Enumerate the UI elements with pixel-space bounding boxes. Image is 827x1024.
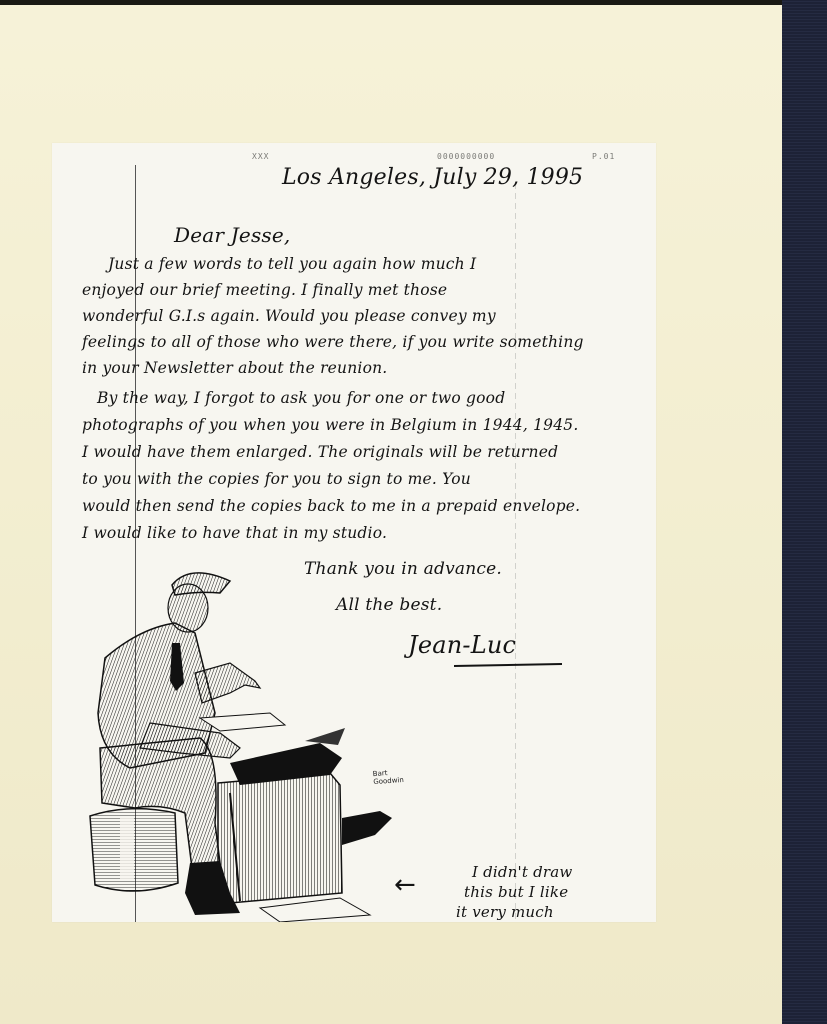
artist-signature: Bart Goodwin: [372, 768, 404, 786]
signature: Jean-Luc: [408, 631, 516, 659]
body-line: By the way, I forgot to ask you for one …: [97, 389, 505, 407]
body-line: wonderful G.I.s again. Would you please …: [82, 307, 496, 325]
margin-note-line: it very much: [456, 903, 554, 921]
margin-note-line: I didn't draw: [472, 863, 572, 881]
fax-header-left: XXX: [252, 152, 269, 161]
body-line: to you with the copies for you to sign t…: [82, 470, 471, 488]
margin-note-line: this but I like: [464, 883, 568, 901]
fax-header-center: 0000000000: [437, 152, 495, 161]
place-date: Los Angeles, July 29, 1995: [282, 165, 583, 190]
body-line: I would have them enlarged. The original…: [82, 443, 558, 461]
fax-header-page: P.01: [592, 152, 615, 161]
letter-page: XXX 0000000000 P.01 Los Angeles, July 29…: [52, 143, 656, 922]
body-line: I would like to have that in my studio.: [82, 524, 387, 542]
body-line: in your Newsletter about the reunion.: [82, 359, 387, 377]
signature-underline: [454, 663, 562, 667]
navy-book-binding: [782, 0, 827, 1024]
salutation: Dear Jesse,: [174, 223, 291, 247]
fold-line: [515, 183, 516, 922]
body-line: feelings to all of those who were there,…: [82, 333, 584, 351]
body-line: enjoyed our brief meeting. I finally met…: [82, 281, 447, 299]
body-line: Just a few words to tell you again how m…: [108, 255, 476, 273]
body-line: photographs of you when you were in Belg…: [82, 416, 578, 434]
soldier-typing-illustration: Bart Goodwin: [80, 563, 400, 922]
body-line: would then send the copies back to me in…: [82, 497, 580, 515]
